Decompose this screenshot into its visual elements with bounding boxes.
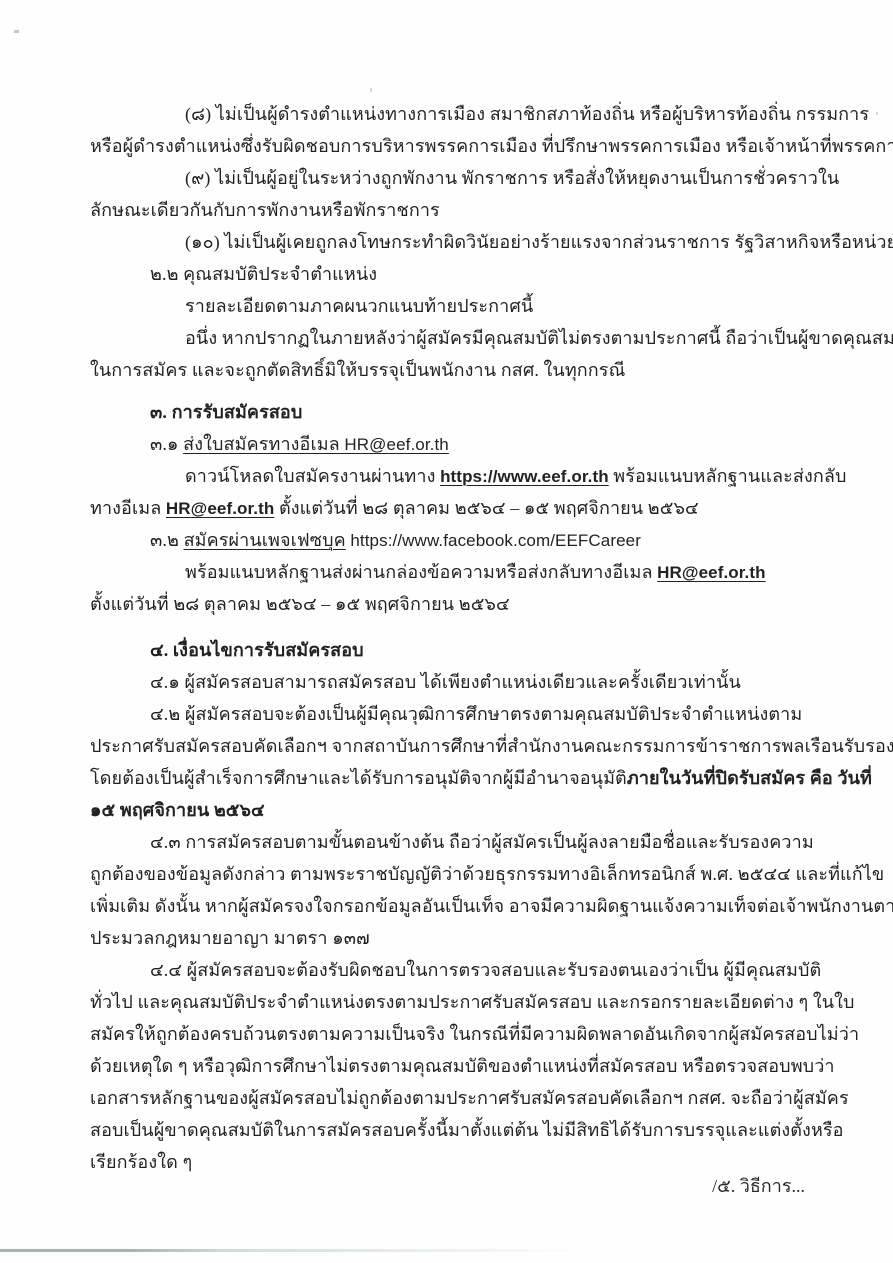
document-body: (๘) ไม่เป็นผู้ดำรงตำแหน่งทางการเมือง สมา… (90, 98, 816, 1178)
text-line: (๑๐) ไม่เป็นผู้เคยถูกลงโทษกระทำผิดวินัยอ… (90, 226, 816, 258)
text-line: โดยต้องเป็นผู้สำเร็จการศึกษาและได้รับการ… (90, 762, 816, 794)
section-4-heading: ๔. เงื่อนไขการรับสมัครสอบ (150, 640, 364, 660)
section-3-heading: ๓. การรับสมัครสอบ (150, 402, 302, 422)
text-line: ดาวน์โหลดใบสมัครงานผ่านทาง https://www.e… (90, 460, 816, 492)
text-line: ถูกต้องของข้อมูลดังกล่าว ตามพระราชบัญญัต… (90, 858, 816, 890)
text-line: ๔.๒ ผู้สมัครสอบจะต้องเป็นผู้มีคุณวุฒิการ… (90, 698, 816, 730)
scan-speck (876, 112, 878, 115)
text-line: ๔. เงื่อนไขการรับสมัครสอบ (90, 634, 816, 666)
text-line: สอบเป็นผู้ขาดคุณสมบัติในการสมัครสอบครั้ง… (90, 1114, 816, 1146)
text-line: ๓. การรับสมัครสอบ (90, 396, 816, 428)
text-line: หรือผู้ดำรงตำแหน่งซึ่งรับผิดชอบการบริหาร… (90, 130, 816, 162)
page-continuation-mark: /๕. วิธีการ... (712, 1172, 805, 1200)
url-text: https://www.eef.or.th (440, 467, 609, 486)
text-segment: พร้อมแนบหลักฐานส่งผ่านกล่องข้อความหรือส่… (185, 562, 657, 582)
scanned-document-page: (๘) ไม่เป็นผู้ดำรงตำแหน่งทางการเมือง สมา… (0, 0, 893, 1263)
scan-speck (14, 30, 19, 33)
text-segment: ๔.๒ ผู้สมัครสอบจะต้องเป็นผู้มีคุณวุฒิการ… (150, 704, 802, 724)
text-line: รายละเอียดตามภาคผนวกแนบท้ายประกาศนี้ (90, 290, 816, 322)
text-segment: ๔.๑ ผู้สมัครสอบสามารถสมัครสอบ ได้เพียงตำ… (150, 672, 741, 692)
text-line: ๒.๒ คุณสมบัติประจำตำแหน่ง (90, 258, 816, 290)
text-segment: ๔.๓ การสมัครสอบตามขั้นตอนข้างต้น ถือว่าผ… (150, 832, 814, 852)
text-line: ในการสมัคร และจะถูกตัดสิทธิ์มิให้บรรจุเป… (90, 354, 816, 386)
text-line: เรียกร้องใด ๆ (90, 1146, 816, 1178)
text-segment: (๑๐) ไม่เป็นผู้เคยถูกลงโทษกระทำผิดวินัยอ… (185, 232, 893, 252)
text-segment: ทางอีเมล (90, 498, 166, 518)
text-line: ๔.๓ การสมัครสอบตามขั้นตอนข้างต้น ถือว่าผ… (90, 826, 816, 858)
text-segment: เพิ่มเติม ดังนั้น หากผู้สมัครจงใจกรอกข้อ… (90, 896, 893, 916)
url-text: https://www.facebook.com/EEFCareer (350, 531, 641, 550)
text-segment: ดาวน์โหลดใบสมัครงานผ่านทาง (185, 466, 440, 486)
email-text: HR@eef.or.th (657, 563, 765, 582)
text-segment: เรียกร้องใด ๆ (90, 1152, 192, 1172)
text-segment: เอกสารหลักฐานของผู้สมัครสอบไม่ถูกต้องตาม… (90, 1088, 849, 1108)
text-segment: ภายในวันที่ปิดรับสมัคร คือ วันที่ (627, 768, 872, 788)
text-segment: ๑๕ พฤศจิกายน ๒๕๖๔ (90, 800, 265, 820)
text-line: สมัครให้ถูกต้องครบถ้วนตรงตามความเป็นจริง… (90, 1018, 816, 1050)
text-segment: อนึ่ง หากปรากฏในภายหลังว่าผู้สมัครมีคุณส… (185, 328, 893, 348)
text-line: ตั้งแต่วันที่ ๒๘ ตุลาคม ๒๕๖๔ – ๑๕ พฤศจิก… (90, 588, 816, 620)
text-segment: ในการสมัคร และจะถูกตัดสิทธิ์มิให้บรรจุเป… (90, 360, 625, 380)
text-segment: ประมวลกฎหมายอาญา มาตรา ๑๓๗ (90, 928, 370, 948)
text-segment: ๓.๑ (150, 434, 183, 454)
text-segment: (๘) ไม่เป็นผู้ดำรงตำแหน่งทางการเมือง สมา… (185, 104, 869, 124)
email-text: HR@eef.or.th (166, 499, 274, 518)
text-segment: หรือผู้ดำรงตำแหน่งซึ่งรับผิดชอบการบริหาร… (90, 136, 893, 156)
text-segment: ตั้งแต่วันที่ ๒๘ ตุลาคม ๒๕๖๔ – ๑๕ พฤศจิก… (274, 498, 698, 518)
text-segment: ๒.๒ คุณสมบัติประจำตำแหน่ง (150, 264, 377, 284)
text-line: ทางอีเมล HR@eef.or.th ตั้งแต่วันที่ ๒๘ ต… (90, 492, 816, 524)
text-segment: โดยต้องเป็นผู้สำเร็จการศึกษาและได้รับการ… (90, 768, 627, 788)
text-segment: ส่งใบสมัครทางอีเมล (183, 434, 344, 454)
email-text: HR@eef.or.th (344, 435, 448, 454)
text-line: อนึ่ง หากปรากฏในภายหลังว่าผู้สมัครมีคุณส… (90, 322, 816, 354)
text-line: ประมวลกฎหมายอาญา มาตรา ๑๓๗ (90, 922, 816, 954)
text-line: ๓.๑ ส่งใบสมัครทางอีเมล HR@eef.or.th (90, 428, 816, 460)
text-line: ๓.๒ สมัครผ่านเพจเฟซบุค https://www.faceb… (90, 524, 816, 556)
scan-speck (370, 88, 372, 92)
text-segment: พร้อมแนบหลักฐานและส่งกลับ (609, 466, 847, 486)
text-line: พร้อมแนบหลักฐานส่งผ่านกล่องข้อความหรือส่… (90, 556, 816, 588)
text-segment: ๓.๒ (150, 530, 184, 550)
text-line: เอกสารหลักฐานของผู้สมัครสอบไม่ถูกต้องตาม… (90, 1082, 816, 1114)
text-line: ๔.๔ ผู้สมัครสอบจะต้องรับผิดชอบในการตรวจส… (90, 954, 816, 986)
text-segment: รายละเอียดตามภาคผนวกแนบท้ายประกาศนี้ (185, 296, 533, 316)
text-line: ทั่วไป และคุณสมบัติประจำตำแหน่งตรงตามประ… (90, 986, 816, 1018)
text-line: (๘) ไม่เป็นผู้ดำรงตำแหน่งทางการเมือง สมา… (90, 98, 816, 130)
text-line: ด้วยเหตุใด ๆ หรือวุฒิการศึกษาไม่ตรงตามคุ… (90, 1050, 816, 1082)
text-segment: สมัครผ่านเพจเฟซบุค (184, 530, 346, 550)
text-line: (๙) ไม่เป็นผู้อยู่ในระหว่างถูกพักงาน พัก… (90, 162, 816, 194)
text-segment: (๙) ไม่เป็นผู้อยู่ในระหว่างถูกพักงาน พัก… (185, 168, 839, 188)
text-segment: สมัครให้ถูกต้องครบถ้วนตรงตามความเป็นจริง… (90, 1024, 859, 1044)
text-segment: ๔.๔ ผู้สมัครสอบจะต้องรับผิดชอบในการตรวจส… (150, 960, 821, 980)
text-segment: ตั้งแต่วันที่ ๒๘ ตุลาคม ๒๕๖๔ – ๑๕ พฤศจิก… (90, 594, 510, 614)
text-line: ประกาศรับสมัครสอบคัดเลือกฯ จากสถาบันการศ… (90, 730, 816, 762)
text-segment: ด้วยเหตุใด ๆ หรือวุฒิการศึกษาไม่ตรงตามคุ… (90, 1056, 835, 1076)
text-line: ลักษณะเดียวกันกับการพักงานหรือพักราชการ (90, 194, 816, 226)
text-segment: ทั่วไป และคุณสมบัติประจำตำแหน่งตรงตามประ… (90, 992, 855, 1012)
scan-artifact-line (0, 1249, 585, 1252)
text-line: ๑๕ พฤศจิกายน ๒๕๖๔ (90, 794, 816, 826)
text-segment: ถูกต้องของข้อมูลดังกล่าว ตามพระราชบัญญัต… (90, 864, 884, 884)
text-segment: ประกาศรับสมัครสอบคัดเลือกฯ จากสถาบันการศ… (90, 736, 893, 756)
text-line: ๔.๑ ผู้สมัครสอบสามารถสมัครสอบ ได้เพียงตำ… (90, 666, 816, 698)
text-segment: สอบเป็นผู้ขาดคุณสมบัติในการสมัครสอบครั้ง… (90, 1120, 844, 1140)
text-segment: ลักษณะเดียวกันกับการพักงานหรือพักราชการ (90, 200, 440, 220)
text-line: เพิ่มเติม ดังนั้น หากผู้สมัครจงใจกรอกข้อ… (90, 890, 816, 922)
